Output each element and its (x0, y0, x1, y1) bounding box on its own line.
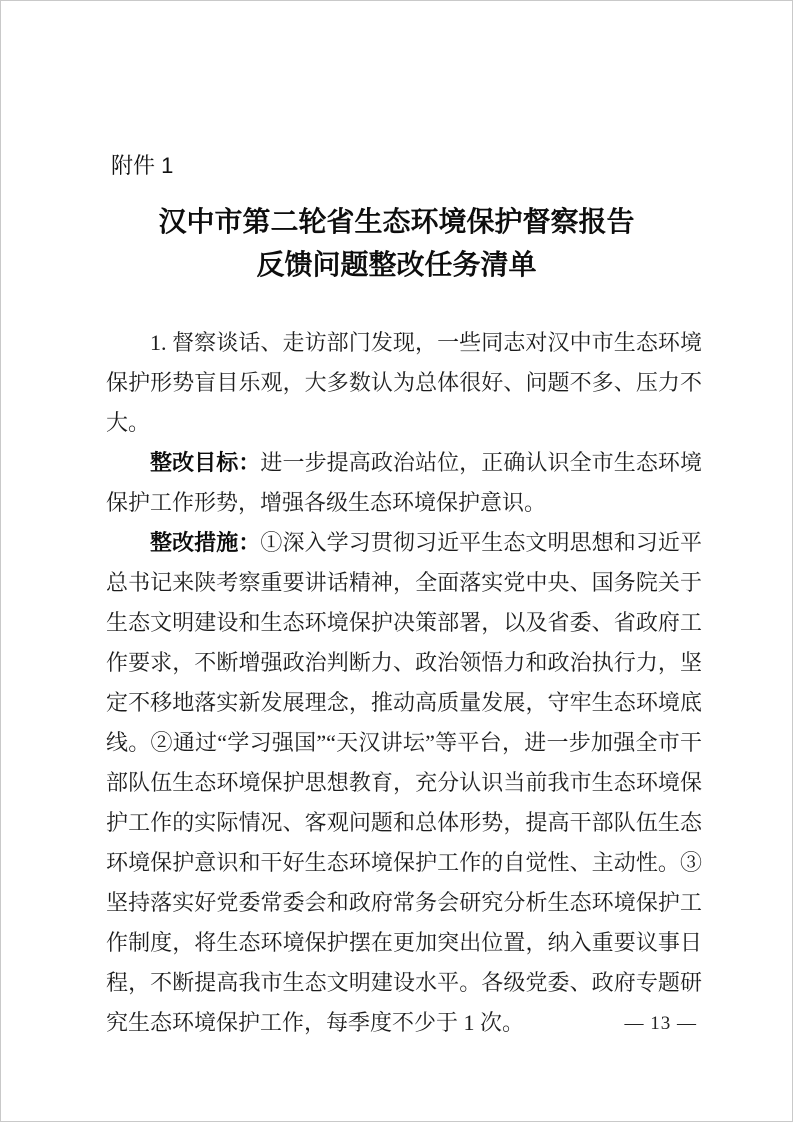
attachment-label: 附件 1 (111, 149, 173, 180)
paragraph-finding-text: 1. 督察谈话、走访部门发现，一些同志对汉中市生态环境保护形势盲目乐观，大多数认… (106, 330, 702, 435)
document-page: 附件 1 汉中市第二轮省生态环境保护督察报告 反馈问题整改任务清单 1. 督察谈… (0, 0, 793, 1122)
paragraph-rectification-goal: 整改目标：进一步提高政治站位，正确认识全市生态环境保护工作形势，增强各级生态环境… (106, 443, 702, 523)
document-title-line-2: 反馈问题整改任务清单 (1, 244, 792, 287)
paragraph-rectification-measures: 整改措施：①深入学习贯彻习近平生态文明思想和习近平总书记来陕考察重要讲话精神，全… (106, 523, 702, 1043)
document-body: 1. 督察谈话、走访部门发现，一些同志对汉中市生态环境保护形势盲目乐观，大多数认… (106, 323, 702, 1043)
document-title-line-1: 汉中市第二轮省生态环境保护督察报告 (1, 201, 792, 244)
paragraph-rectification-goal-label: 整改目标： (150, 450, 260, 475)
page-number: — 13 — (625, 1013, 698, 1035)
paragraph-finding: 1. 督察谈话、走访部门发现，一些同志对汉中市生态环境保护形势盲目乐观，大多数认… (106, 323, 702, 443)
document-title: 汉中市第二轮省生态环境保护督察报告 反馈问题整改任务清单 (1, 201, 792, 287)
paragraph-rectification-measures-label: 整改措施： (150, 530, 260, 555)
paragraph-rectification-measures-text: ①深入学习贯彻习近平生态文明思想和习近平总书记来陕考察重要讲话精神，全面落实党中… (106, 530, 702, 1035)
